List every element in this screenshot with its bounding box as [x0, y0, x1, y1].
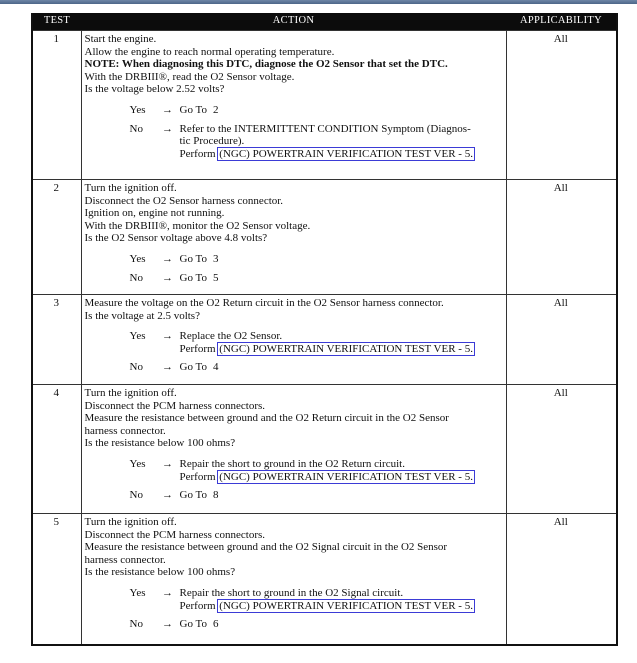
test-number: 1	[32, 31, 81, 180]
branches: Yes → Replace the O2 Sensor. Perform (NG…	[85, 330, 502, 374]
answer-label: No	[130, 123, 156, 161]
test-number: 4	[32, 385, 81, 514]
arrow-right-icon: →	[156, 587, 180, 612]
branches: Yes → Repair the short to ground in the …	[85, 587, 502, 631]
test-number: 5	[32, 514, 81, 646]
perform-label: Perform	[180, 600, 216, 612]
action-line: Is the resistance below 100 ohms?	[85, 437, 502, 450]
branch-yes: Yes → Go To3	[130, 253, 502, 266]
action-line: Start the engine.	[85, 33, 502, 46]
goto-text: Go To	[180, 489, 207, 501]
answer-label: Yes	[130, 587, 156, 612]
action-line: Allow the engine to reach normal operati…	[85, 46, 502, 59]
action-line: Measure the voltage on the O2 Return cir…	[85, 297, 502, 310]
applicability-cell: All	[506, 385, 617, 514]
branch-result: Go To4	[180, 361, 502, 374]
table-header-row: TEST ACTION APPLICABILITY	[32, 13, 617, 31]
action-cell: Turn the ignition off. Disconnect the O2…	[81, 180, 506, 295]
table-row: 4 Turn the ignition off. Disconnect the …	[32, 385, 617, 514]
arrow-right-icon: →	[156, 361, 180, 374]
arrow-right-icon: →	[156, 458, 180, 483]
result-line: Replace the O2 Sensor.	[180, 330, 502, 343]
goto-text: Go To	[180, 104, 207, 116]
action-line: Ignition on, engine not running.	[85, 207, 502, 220]
branch-no: No → Go To4	[130, 361, 502, 374]
action-cell: Turn the ignition off. Disconnect the PC…	[81, 385, 506, 514]
arrow-right-icon: →	[156, 272, 180, 285]
table-row: 2 Turn the ignition off. Disconnect the …	[32, 180, 617, 295]
action-line: Measure the resistance between ground an…	[85, 541, 502, 554]
arrow-right-icon: →	[156, 253, 180, 266]
action-cell: Measure the voltage on the O2 Return cir…	[81, 295, 506, 385]
branch-result: Replace the O2 Sensor. Perform (NGC) POW…	[180, 330, 502, 355]
action-line: Is the resistance below 100 ohms?	[85, 566, 502, 579]
answer-label: No	[130, 361, 156, 374]
branch-result: Repair the short to ground in the O2 Sig…	[180, 587, 502, 612]
goto-number: 4	[213, 361, 219, 373]
answer-label: Yes	[130, 253, 156, 266]
action-line: Is the voltage below 2.52 volts?	[85, 83, 502, 96]
branch-result: Go To5	[180, 272, 502, 285]
table-row: 5 Turn the ignition off. Disconnect the …	[32, 514, 617, 646]
arrow-right-icon: →	[156, 489, 180, 502]
verification-test-link[interactable]: (NGC) POWERTRAIN VERIFICATION TEST VER -…	[217, 342, 475, 356]
answer-label: No	[130, 272, 156, 285]
branches: Yes → Go To2 No → Refer to the INTERMITT…	[85, 104, 502, 160]
arrow-right-icon: →	[156, 123, 180, 161]
result-line: Refer to the INTERMITTENT CONDITION Symp…	[180, 123, 502, 136]
action-line: Is the O2 Sensor voltage above 4.8 volts…	[85, 232, 502, 245]
goto-number: 3	[213, 253, 219, 265]
arrow-right-icon: →	[156, 618, 180, 631]
answer-label: Yes	[130, 330, 156, 355]
branch-yes: Yes → Replace the O2 Sensor. Perform (NG…	[130, 330, 502, 355]
result-line: tic Procedure).	[180, 135, 502, 148]
answer-label: Yes	[130, 104, 156, 117]
branches: Yes → Repair the short to ground in the …	[85, 458, 502, 502]
action-cell: Start the engine. Allow the engine to re…	[81, 31, 506, 180]
goto-text: Go To	[180, 361, 207, 373]
header-applicability: APPLICABILITY	[506, 13, 617, 31]
window-top-bar	[0, 0, 637, 4]
branch-result: Go To3	[180, 253, 502, 266]
branch-no: No → Refer to the INTERMITTENT CONDITION…	[130, 123, 502, 161]
action-line: Disconnect the PCM harness connectors.	[85, 400, 502, 413]
applicability-cell: All	[506, 295, 617, 385]
action-line: Is the voltage at 2.5 volts?	[85, 310, 502, 323]
action-line: With the DRBIII®, monitor the O2 Sensor …	[85, 220, 502, 233]
branch-no: No → Go To8	[130, 489, 502, 502]
action-line: Turn the ignition off.	[85, 387, 502, 400]
branch-no: No → Go To6	[130, 618, 502, 631]
perform-label: Perform	[180, 471, 216, 483]
action-line: harness connector.	[85, 425, 502, 438]
action-line: Disconnect the O2 Sensor harness connect…	[85, 195, 502, 208]
result-line: Repair the short to ground in the O2 Sig…	[180, 587, 502, 600]
goto-number: 2	[213, 104, 219, 116]
verification-test-link[interactable]: (NGC) POWERTRAIN VERIFICATION TEST VER -…	[217, 599, 475, 613]
goto-number: 8	[213, 489, 219, 501]
branch-result: Refer to the INTERMITTENT CONDITION Symp…	[180, 123, 502, 161]
table-row: 1 Start the engine. Allow the engine to …	[32, 31, 617, 180]
perform-label: Perform	[180, 148, 216, 160]
table-row: 3 Measure the voltage on the O2 Return c…	[32, 295, 617, 385]
applicability-cell: All	[506, 180, 617, 295]
branch-result: Repair the short to ground in the O2 Ret…	[180, 458, 502, 483]
diagnostic-test-table: TEST ACTION APPLICABILITY 1 Start the en…	[31, 13, 618, 646]
branch-yes: Yes → Go To2	[130, 104, 502, 117]
branch-result: Go To6	[180, 618, 502, 631]
action-cell: Turn the ignition off. Disconnect the PC…	[81, 514, 506, 646]
header-test: TEST	[32, 13, 81, 31]
answer-label: No	[130, 618, 156, 631]
action-line: Turn the ignition off.	[85, 516, 502, 529]
test-number: 3	[32, 295, 81, 385]
branches: Yes → Go To3 No → Go To5	[85, 253, 502, 284]
result-line: Repair the short to ground in the O2 Ret…	[180, 458, 502, 471]
answer-label: No	[130, 489, 156, 502]
arrow-right-icon: →	[156, 330, 180, 355]
goto-number: 6	[213, 618, 219, 630]
action-line: Disconnect the PCM harness connectors.	[85, 529, 502, 542]
branch-yes: Yes → Repair the short to ground in the …	[130, 587, 502, 612]
arrow-right-icon: →	[156, 104, 180, 117]
action-note: NOTE: When diagnosing this DTC, diagnose…	[85, 58, 502, 71]
branch-no: No → Go To5	[130, 272, 502, 285]
verification-test-link[interactable]: (NGC) POWERTRAIN VERIFICATION TEST VER -…	[217, 147, 475, 161]
test-number: 2	[32, 180, 81, 295]
action-line: harness connector.	[85, 554, 502, 567]
perform-label: Perform	[180, 343, 216, 355]
goto-text: Go To	[180, 253, 207, 265]
action-line: Turn the ignition off.	[85, 182, 502, 195]
goto-text: Go To	[180, 618, 207, 630]
verification-test-link[interactable]: (NGC) POWERTRAIN VERIFICATION TEST VER -…	[217, 470, 475, 484]
branch-result: Go To2	[180, 104, 502, 117]
action-line: With the DRBIII®, read the O2 Sensor vol…	[85, 71, 502, 84]
answer-label: Yes	[130, 458, 156, 483]
applicability-cell: All	[506, 31, 617, 180]
branch-yes: Yes → Repair the short to ground in the …	[130, 458, 502, 483]
goto-number: 5	[213, 272, 219, 284]
applicability-cell: All	[506, 514, 617, 646]
header-action: ACTION	[81, 13, 506, 31]
branch-result: Go To8	[180, 489, 502, 502]
goto-text: Go To	[180, 272, 207, 284]
action-line: Measure the resistance between ground an…	[85, 412, 502, 425]
